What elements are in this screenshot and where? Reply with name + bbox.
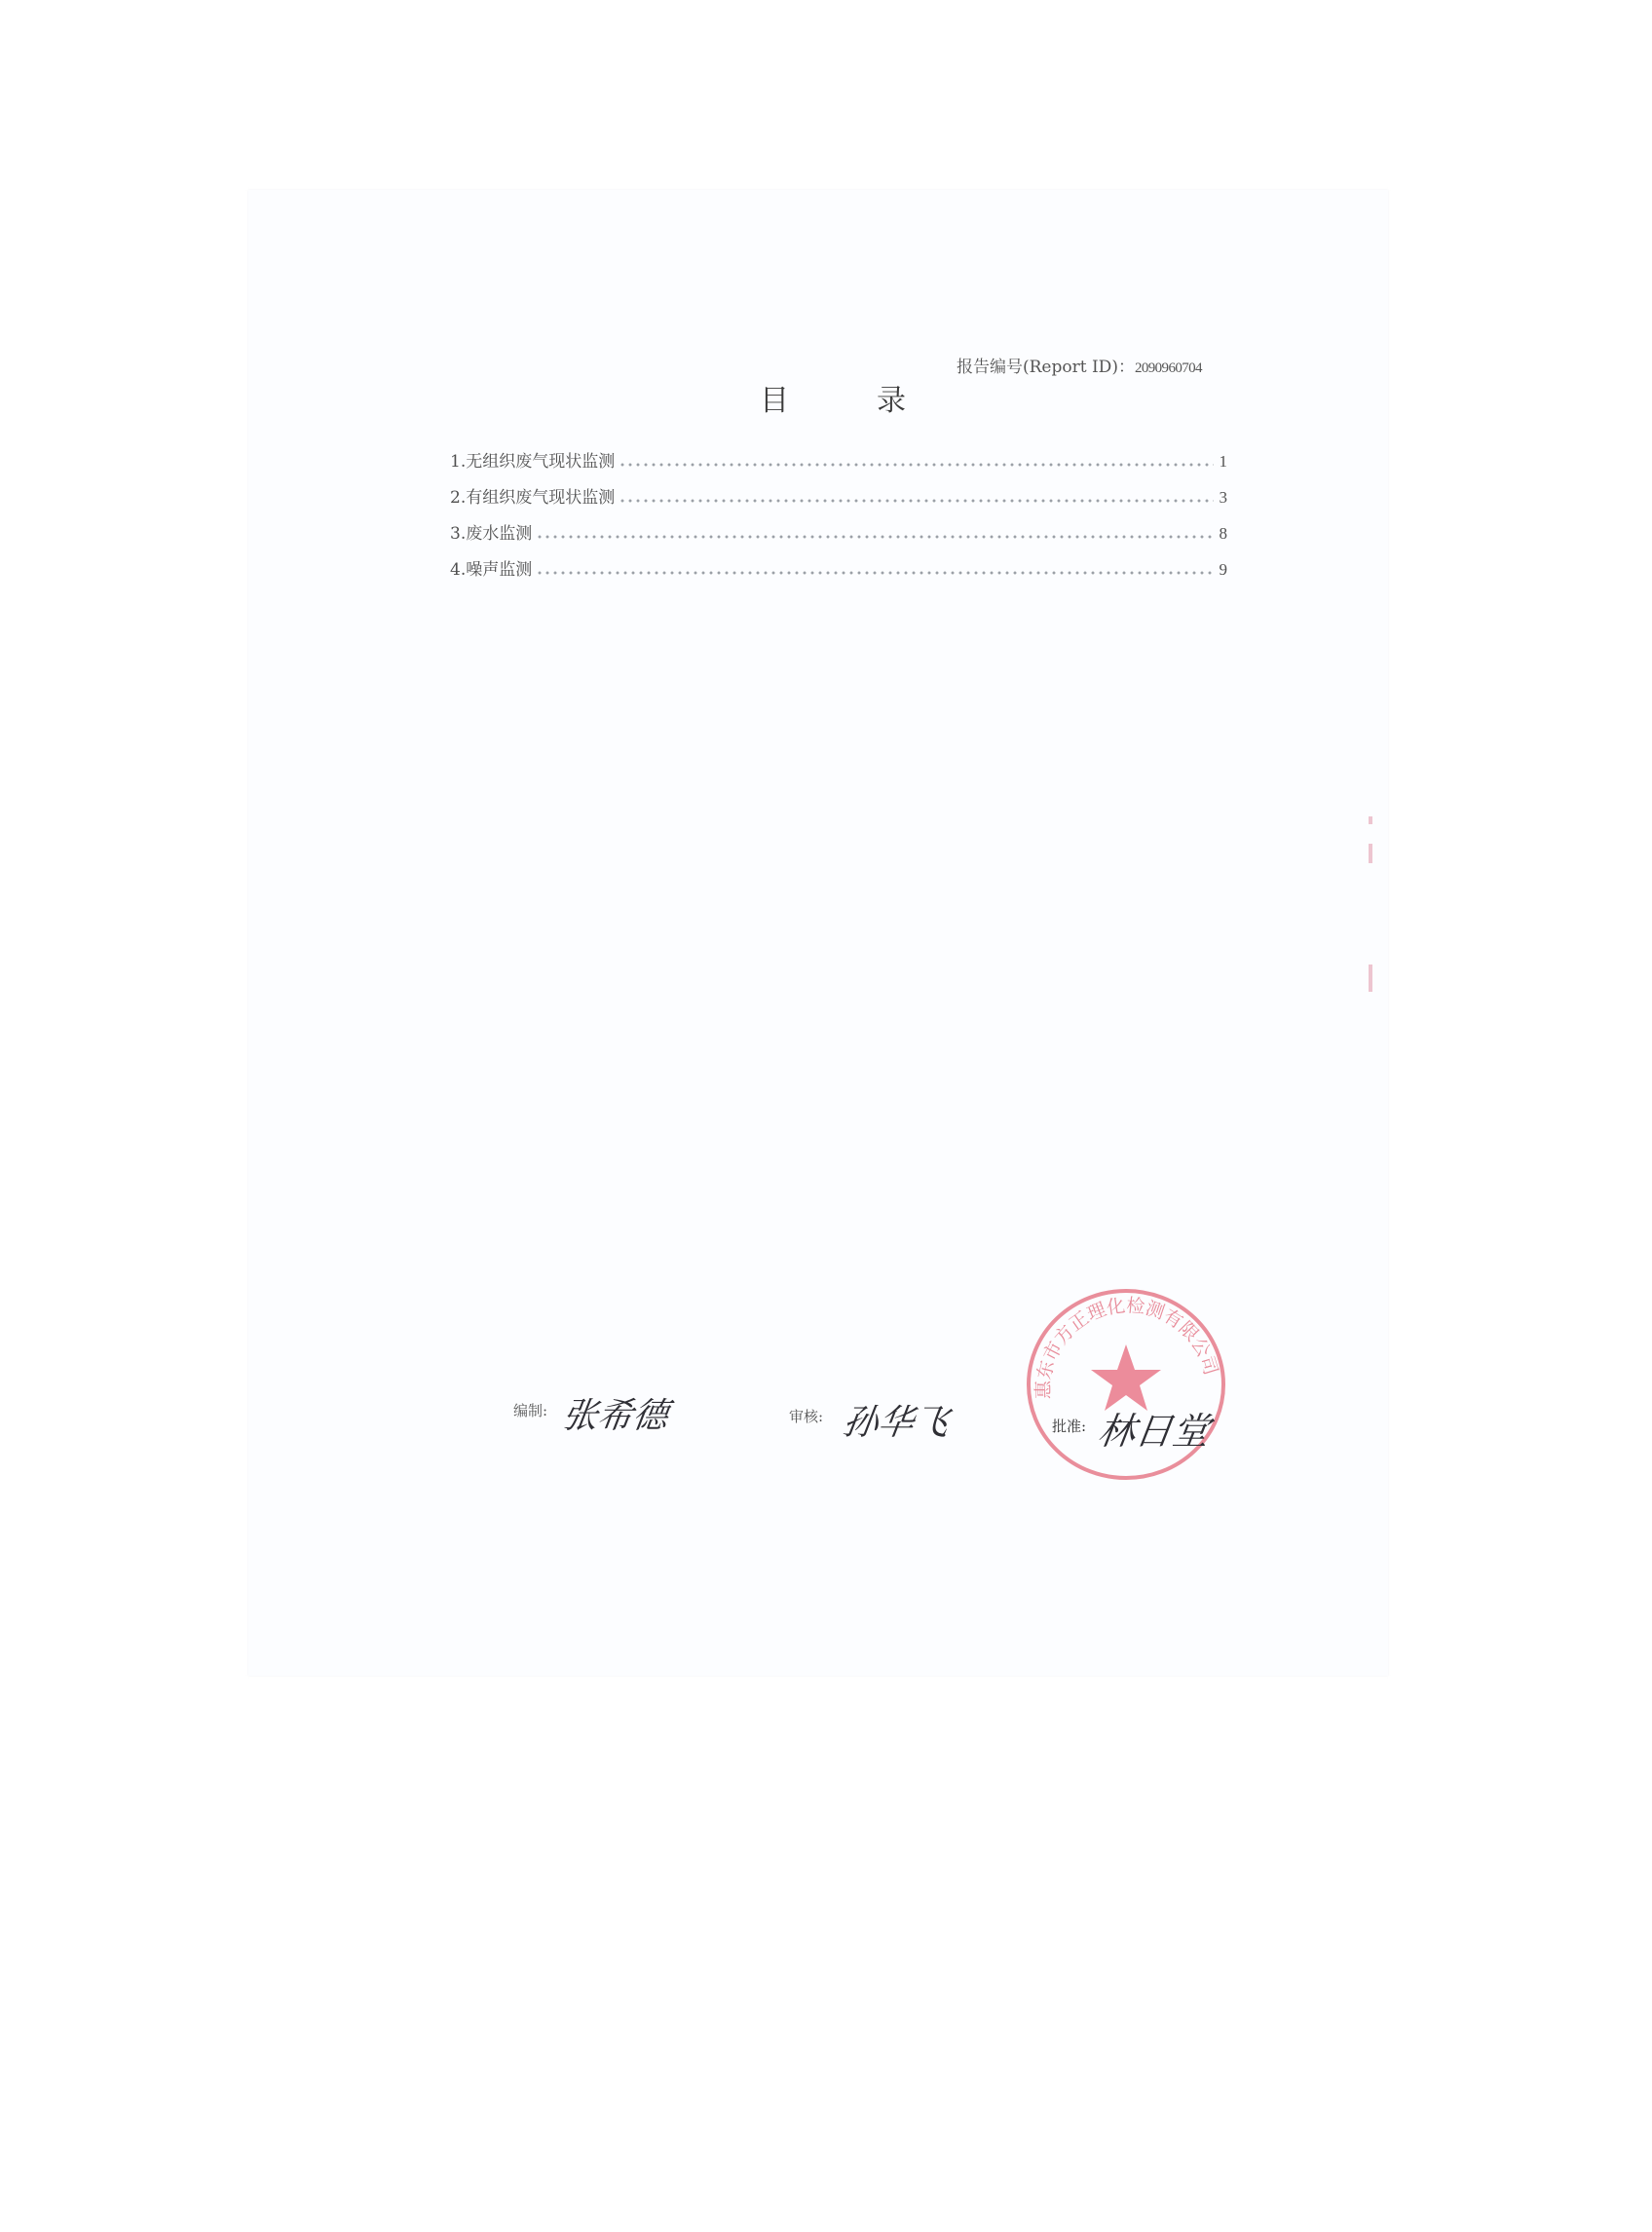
dot-leader [619, 499, 1213, 503]
toc-item-page: 1 [1220, 452, 1228, 472]
company-seal: 惠东市方正理化检测有限公司 [1021, 1284, 1231, 1485]
compiled-by-signature: 张希德 [559, 1388, 671, 1438]
toc-item-page: 9 [1220, 560, 1228, 580]
toc-item[interactable]: 4.噪声监测 9 [450, 544, 1227, 580]
approved-by-signature: 林日堂 [1095, 1401, 1214, 1455]
toc-item-title: 4.噪声监测 [450, 555, 532, 580]
toc-item-title: 1.无组织废气现状监测 [450, 447, 615, 472]
report-id-label: 报告编号(Report ID)： [957, 358, 1135, 377]
dot-leader [619, 463, 1213, 467]
reviewed-by-signature: 孙华飞 [840, 1395, 952, 1445]
toc-item-title: 3.废水监测 [450, 519, 532, 544]
toc-item-page: 3 [1220, 488, 1228, 508]
toc-item[interactable]: 2.有组织废气现状监测 3 [450, 472, 1227, 508]
approved-by-label: 批准: [1052, 1416, 1086, 1436]
page-title: 目 录 [760, 376, 906, 419]
compiled-by-label: 编制: [513, 1400, 547, 1420]
table-of-contents: 1.无组织废气现状监测 1 2.有组织废气现状监测 3 3.废水监测 8 4.噪… [450, 435, 1227, 580]
report-id-value: 2090960704 [1135, 360, 1202, 376]
toc-item[interactable]: 3.废水监测 8 [450, 508, 1227, 544]
toc-item-page: 8 [1220, 524, 1228, 544]
dot-leader [536, 571, 1213, 575]
title-char-2: 录 [877, 376, 906, 419]
report-id: 报告编号(Report ID)：2090960704 [957, 353, 1202, 377]
toc-item-title: 2.有组织废气现状监测 [450, 483, 615, 508]
dot-leader [536, 535, 1213, 539]
edge-seal-mark [1369, 844, 1372, 863]
edge-seal-mark [1369, 816, 1372, 824]
title-char-1: 目 [760, 376, 789, 419]
toc-item[interactable]: 1.无组织废气现状监测 1 [450, 435, 1227, 472]
reviewed-by-label: 审核: [789, 1406, 823, 1426]
edge-seal-mark [1369, 965, 1372, 992]
